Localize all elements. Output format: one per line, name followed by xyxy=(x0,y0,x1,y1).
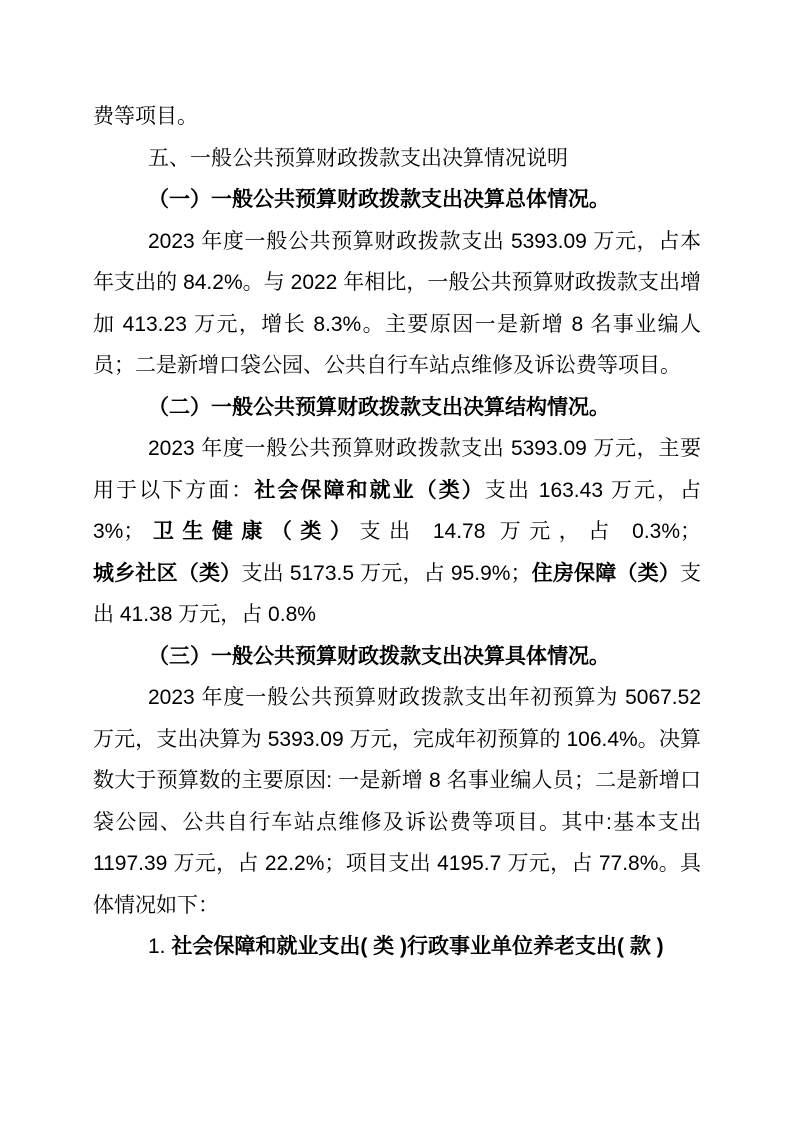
para-continuation: 费等项目。 xyxy=(93,96,701,138)
heading-section-five: 五、一般公共预算财政拨款支出决算情况说明 xyxy=(93,138,701,180)
text-run: 费等项目。 xyxy=(93,105,198,128)
text-run: 社会保障和就业（类） xyxy=(254,479,484,502)
text-run: （三）一般公共预算财政拨款支出决算具体情况。 xyxy=(148,645,610,668)
heading-sub-one: （一）一般公共预算财政拨款支出决算总体情况。 xyxy=(93,179,701,221)
text-run: 社会保障和就业支出( 类 )行政事业单位养老支出( 款 ) xyxy=(171,935,663,958)
text-run: 住房保障（类） xyxy=(531,562,680,585)
para-overall: 2023 年度一般公共预算财政拨款支出 5393.09 万元，占本年支出的 84… xyxy=(93,221,701,387)
para-structure: 2023 年度一般公共预算财政拨款支出 5393.09 万元，主要用于以下方面：… xyxy=(93,428,701,636)
text-run: （二）一般公共预算财政拨款支出决算结构情况。 xyxy=(148,396,610,419)
heading-sub-three: （三）一般公共预算财政拨款支出决算具体情况。 xyxy=(93,636,701,678)
document-page: 费等项目。 五、一般公共预算财政拨款支出决算情况说明 （一）一般公共预算财政拨款… xyxy=(0,0,794,1122)
text-run: 支出 5173.5 万元，占 95.9%； xyxy=(241,562,531,585)
para-item-one: 1. 社会保障和就业支出( 类 )行政事业单位养老支出( 款 ) xyxy=(93,926,701,968)
heading-sub-two: （二）一般公共预算财政拨款支出决算结构情况。 xyxy=(93,387,701,429)
text-run: 2023 年度一般公共预算财政拨款支出 5393.09 万元，占本年支出的 84… xyxy=(93,230,701,378)
text-run: （一）一般公共预算财政拨款支出决算总体情况。 xyxy=(148,188,610,211)
text-run: 2023 年度一般公共预算财政拨款支出年初预算为 5067.52 万元，支出决算… xyxy=(93,686,701,917)
list-number: 1. xyxy=(148,935,171,958)
text-run: 支出 14.78 万元，占 0.3%； xyxy=(359,520,701,543)
text-run: 五、一般公共预算财政拨款支出决算情况说明 xyxy=(148,147,568,170)
text-run: 卫生健康（类） xyxy=(144,520,359,543)
text-run: 城乡社区（类） xyxy=(93,562,241,585)
para-specific: 2023 年度一般公共预算财政拨款支出年初预算为 5067.52 万元，支出决算… xyxy=(93,677,701,926)
